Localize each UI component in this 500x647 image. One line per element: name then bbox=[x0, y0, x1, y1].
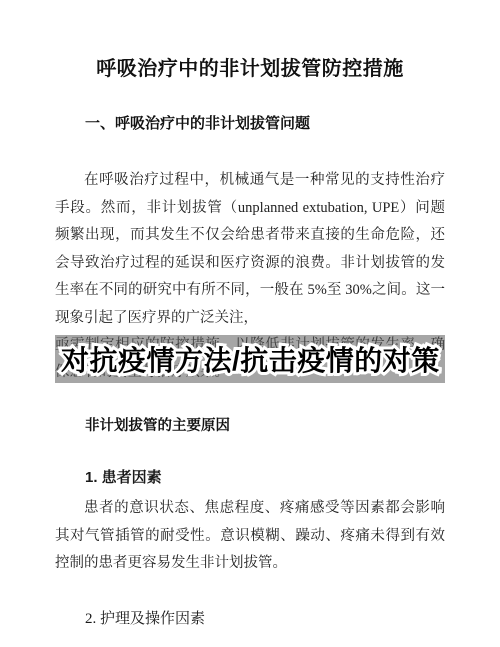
subheading-nursing-operation-factors: 2. 护理及操作因素 bbox=[55, 608, 445, 630]
section-heading-main-causes: 非计划拔管的主要原因 bbox=[55, 415, 445, 437]
watermark-text: 对抗疫情方法/抗击疫情的对策 bbox=[61, 345, 440, 376]
document-page: 呼吸治疗中的非计划拔管防控措施 一、呼吸治疗中的非计划拔管问题 在呼吸治疗过程中… bbox=[0, 0, 500, 647]
watermark-overlay: 对抗疫情方法/抗击疫情的对策 对抗疫情方法/抗击疫情的对策 bbox=[61, 339, 440, 379]
watermark-band: 亟需制定相应的防控措施，以降低非计划拔管的发生率，确保患者的安全与治疗效果。 对… bbox=[55, 335, 445, 383]
subheading-patient-factors: 1. 患者因素 bbox=[55, 467, 445, 489]
section-heading-unplanned-extubation-problem: 一、呼吸治疗中的非计划拔管问题 bbox=[55, 113, 445, 135]
paragraph-intro: 在呼吸治疗过程中，机械通气是一种常见的支持性治疗手段。然而，非计划拔管（unpl… bbox=[55, 167, 445, 332]
paragraph-patient-factors: 患者的意识状态、焦虑程度、疼痛感受等因素都会影响其对气管插管的耐受性。意识模糊、… bbox=[55, 495, 445, 578]
document-title: 呼吸治疗中的非计划拔管防控措施 bbox=[55, 55, 445, 83]
